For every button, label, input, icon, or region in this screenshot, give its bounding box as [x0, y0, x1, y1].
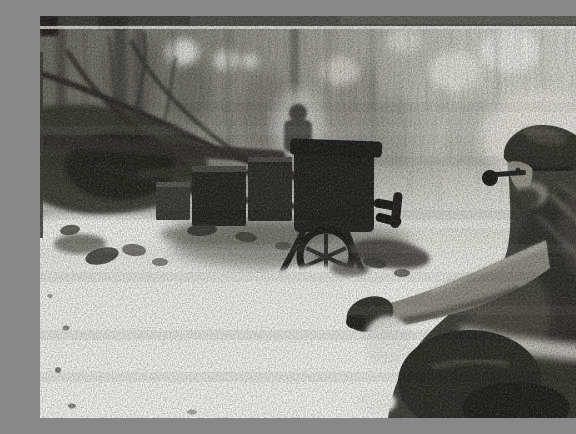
photograph: [40, 16, 576, 418]
photo-canvas: [40, 16, 576, 418]
film-grain-light: [40, 16, 576, 418]
